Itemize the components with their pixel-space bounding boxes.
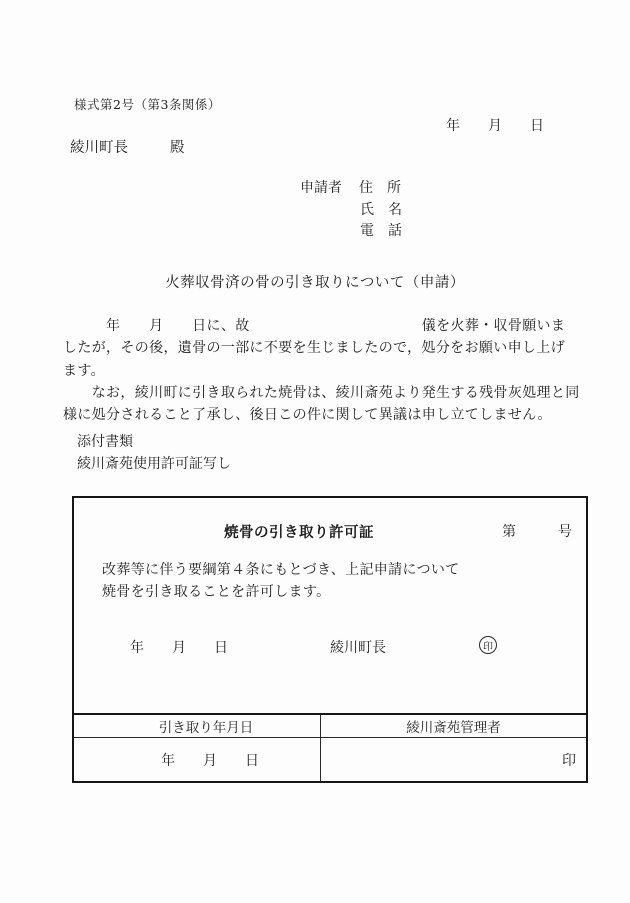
manager-seal-mark: 印 bbox=[321, 738, 586, 781]
document-title: 火葬収骨済の骨の引き取りについて（申請） bbox=[0, 271, 630, 292]
applicant-address-field: 住 所 bbox=[359, 177, 401, 197]
body-line: したが，その後，遺骨の一部に不要を生じましたので，処分をお願い申し上げ bbox=[63, 337, 580, 359]
application-date-blank: 年 月 日 bbox=[446, 115, 544, 135]
attachments-block: 添付書類 綾川斎苑使用許可証写し bbox=[77, 431, 231, 476]
table-header-manager: 綾川斎苑管理者 bbox=[321, 715, 586, 738]
applicant-block: 申請者 住 所 氏 名 電 話 bbox=[300, 177, 402, 242]
body-line: 様に処分されること了承し、後日この件に関して異議は申し立てしません。 bbox=[63, 404, 580, 426]
body-line: ます。 bbox=[63, 360, 580, 382]
permit-body-line: 焼骨を引き取ることを許可します。 bbox=[102, 581, 460, 603]
application-form-page: 様式第2号（第3条関係） 年 月 日 綾川町長 殿 申請者 住 所 氏 名 電 … bbox=[0, 0, 630, 903]
applicant-label: 申請者 bbox=[300, 177, 342, 197]
permit-body-line: 改葬等に伴う要綱第４条にもとづき、上記申請について bbox=[102, 559, 460, 581]
permit-issue-row: 年 月 日 綾川町長 印 bbox=[74, 637, 586, 655]
attachments-heading: 添付書類 bbox=[77, 431, 231, 453]
permit-issue-date-blank: 年 月 日 bbox=[130, 637, 228, 657]
permit-body: 改葬等に伴う要綱第４条にもとづき、上記申請について 焼骨を引き取ることを許可しま… bbox=[102, 559, 460, 603]
addressee-honorific: 殿 bbox=[170, 136, 185, 157]
applicant-phone-field: 電 話 bbox=[360, 220, 402, 240]
attachment-item: 綾川斎苑使用許可証写し bbox=[77, 453, 231, 475]
body-line: なお，綾川町に引き取られた焼骨は、綾川斎苑より発生する残骨灰処理と同 bbox=[63, 382, 580, 404]
permit-number-blank: 第 号 bbox=[502, 521, 572, 541]
applicant-name-field: 氏 名 bbox=[360, 199, 402, 219]
permit-title: 焼骨の引き取り許可証 bbox=[224, 521, 374, 542]
addressee-row: 綾川町長 殿 bbox=[70, 136, 185, 157]
addressee-name: 綾川町長 bbox=[70, 136, 128, 157]
form-number: 様式第2号（第3条関係） bbox=[74, 95, 221, 113]
mayor-seal-icon: 印 bbox=[479, 636, 497, 654]
pickup-permit-box: 焼骨の引き取り許可証 第 号 改葬等に伴う要綱第４条にもとづき、上記申請について… bbox=[72, 496, 588, 783]
permit-issuer: 綾川町長 bbox=[330, 637, 386, 657]
table-header-pickup-date: 引き取り年月日 bbox=[74, 715, 321, 738]
pickup-record-table: 引き取り年月日 綾川斎苑管理者 年 月 日 印 bbox=[74, 713, 586, 781]
body-line: 年 月 日に、故 儀を火葬・収骨願いま bbox=[63, 315, 580, 337]
body-paragraphs: 年 月 日に、故 儀を火葬・収骨願いま したが，その後，遺骨の一部に不要を生じま… bbox=[63, 315, 580, 426]
table-cell-date-blank: 年 月 日 bbox=[74, 738, 321, 781]
